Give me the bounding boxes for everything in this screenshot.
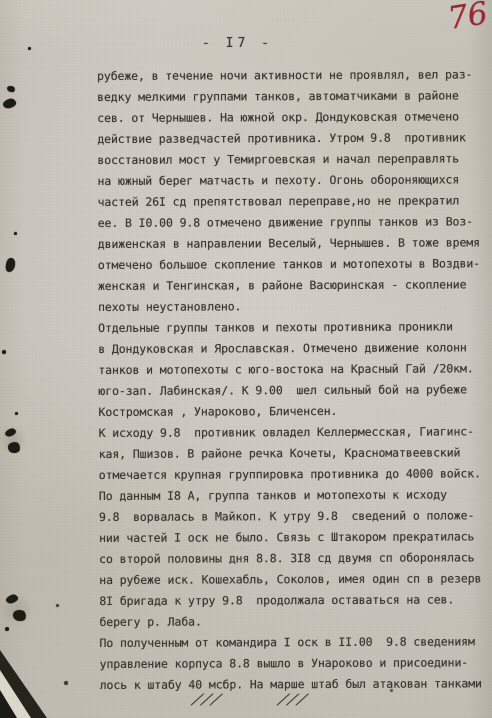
folio-number-handwritten: 76 <box>445 0 490 37</box>
ink-blot <box>2 350 6 354</box>
document-line: ведку мелкими группами танков, автоматчи… <box>97 85 492 108</box>
document-line: на южный берег матчасть и пехоту. Огонь … <box>97 169 492 192</box>
ink-blot <box>64 681 68 685</box>
ink-blot <box>28 47 31 50</box>
document-line: 8I бригада к утру 9.8 продолжала остават… <box>99 589 492 612</box>
scan-background-wedge <box>0 650 47 718</box>
document-line: отмечено большое скопление танков и мото… <box>98 253 492 276</box>
ink-blot <box>15 412 18 415</box>
document-line: рубеже, в течение ночи активности не про… <box>97 64 492 87</box>
ink-blot <box>5 627 9 631</box>
scan-background-corner <box>0 690 17 718</box>
document-line: кая, Пшизов. В районе речка Кочеты, Крас… <box>99 442 492 465</box>
document-line: отмечается крупная группировка противник… <box>99 463 492 486</box>
ink-blot <box>5 257 16 272</box>
ink-blot <box>390 689 393 692</box>
document-line: К исходу 9.8 противник овладел Келлермес… <box>99 421 492 444</box>
document-line: со второй половины дня 8.8. 3I8 сд двумя… <box>99 547 492 570</box>
ink-blot <box>6 85 16 93</box>
document-line: движенская в направлении Веселый, Черныш… <box>98 232 492 255</box>
document-line: восстановил мост у Темиргоевская и начал… <box>97 148 492 171</box>
document-line: женская и Тенгинская, в районе Васюринск… <box>98 274 492 297</box>
document-line: танков и мотопехоты с юго-востока на Кра… <box>98 358 492 381</box>
document-line: на рубеже иск. Кошехабль, Соколов, имея … <box>99 568 492 591</box>
document-line: нии частей I оск не было. Связь с Штакор… <box>99 526 492 549</box>
document-line: сев. от Чернышев. На южной окр. Дондуков… <box>97 106 492 129</box>
ink-blot <box>56 604 59 607</box>
document-line: 9.8 ворвалась в Майкоп. К утру 9.8 сведе… <box>99 505 492 528</box>
document-line: ее. В I0.00 9.8 отмечено движение группы… <box>98 211 492 234</box>
document-line: частей 26I сд препятствовал переправе,но… <box>98 190 492 213</box>
document-line: По полученным от командира I оск в II.00… <box>99 631 492 654</box>
document-line: управление корпуса 8.8 вышло в Унароково… <box>100 652 492 675</box>
page-number: - I7 - <box>202 36 273 51</box>
ink-blot <box>14 232 17 235</box>
page-corner-scan-edge <box>0 638 60 718</box>
document-line: юго-зап. Лабинская/. К 9.00 шел сильный … <box>98 379 492 402</box>
document-line: По данным I8 А, группа танков и мотопехо… <box>99 484 492 507</box>
document-line: действие разведчастей противника. Утром … <box>97 127 492 150</box>
document-line: пехоты неустановлено. <box>98 295 492 318</box>
document-line: берегу р. Лаба. <box>99 610 492 633</box>
ink-blot <box>2 97 17 109</box>
scanned-document-page: - I7 - 76 рубеже, в течение ночи активно… <box>0 0 492 718</box>
page-edge-highlight <box>0 670 31 718</box>
document-line: Костромская , Унароково, Бличенсен. <box>98 400 492 423</box>
document-line: в Дондуковская и Ярославская. Отмечено д… <box>98 337 492 360</box>
document-line: Отдельные группы танков и пехоты противн… <box>98 316 492 339</box>
document-body: рубеже, в течение ночи активности не про… <box>97 64 492 696</box>
